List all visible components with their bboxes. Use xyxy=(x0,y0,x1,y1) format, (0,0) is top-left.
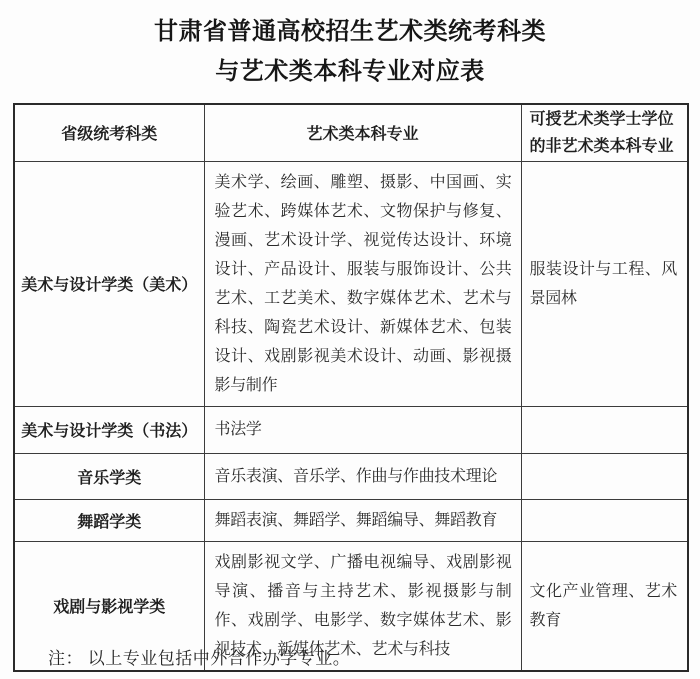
majors-cell: 美术学、绘画、雕塑、摄影、中国画、实验艺术、跨媒体艺术、文物保护与修复、漫画、艺… xyxy=(204,161,521,406)
table-row: 美术与设计学类（美术） 美术学、绘画、雕塑、摄影、中国画、实验艺术、跨媒体艺术、… xyxy=(14,161,688,406)
non-art-majors-cell: 文化产业管理、艺术教育 xyxy=(521,541,688,671)
table-row: 音乐学类 音乐表演、音乐学、作曲与作曲技术理论 xyxy=(14,453,688,499)
correspondence-table: 省级统考科类 艺术类本科专业 可授艺术类学士学位的非艺术类本科专业 美术与设计学… xyxy=(13,103,689,672)
table-header-row: 省级统考科类 艺术类本科专业 可授艺术类学士学位的非艺术类本科专业 xyxy=(14,104,688,161)
header-exam-category: 省级统考科类 xyxy=(14,104,204,161)
category-cell: 舞蹈学类 xyxy=(14,499,204,541)
footer-note: 注： 以上专业包括中外合作办学专业。 xyxy=(48,644,350,669)
category-cell: 美术与设计学类（美术） xyxy=(14,161,204,406)
majors-cell: 书法学 xyxy=(204,406,521,453)
non-art-majors-cell xyxy=(521,406,688,453)
category-cell: 美术与设计学类（书法） xyxy=(14,406,204,453)
majors-cell: 舞蹈表演、舞蹈学、舞蹈编导、舞蹈教育 xyxy=(204,499,521,541)
document-title-line1: 甘肃省普通高校招生艺术类统考科类 xyxy=(0,12,700,52)
table-row: 舞蹈学类 舞蹈表演、舞蹈学、舞蹈编导、舞蹈教育 xyxy=(14,499,688,541)
header-non-art-majors: 可授艺术类学士学位的非艺术类本科专业 xyxy=(521,104,688,161)
non-art-majors-cell xyxy=(521,499,688,541)
non-art-majors-cell: 服装设计与工程、风景园林 xyxy=(521,161,688,406)
majors-cell: 音乐表演、音乐学、作曲与作曲技术理论 xyxy=(204,453,521,499)
document-title: 甘肃省普通高校招生艺术类统考科类 与艺术类本科专业对应表 xyxy=(0,0,700,92)
table-row: 美术与设计学类（书法） 书法学 xyxy=(14,406,688,453)
document-page: 甘肃省普通高校招生艺术类统考科类 与艺术类本科专业对应表 省级统考科类 艺术类本… xyxy=(0,0,700,679)
non-art-majors-cell xyxy=(521,453,688,499)
document-title-line2: 与艺术类本科专业对应表 xyxy=(0,52,700,92)
category-cell: 音乐学类 xyxy=(14,453,204,499)
header-art-majors: 艺术类本科专业 xyxy=(204,104,521,161)
